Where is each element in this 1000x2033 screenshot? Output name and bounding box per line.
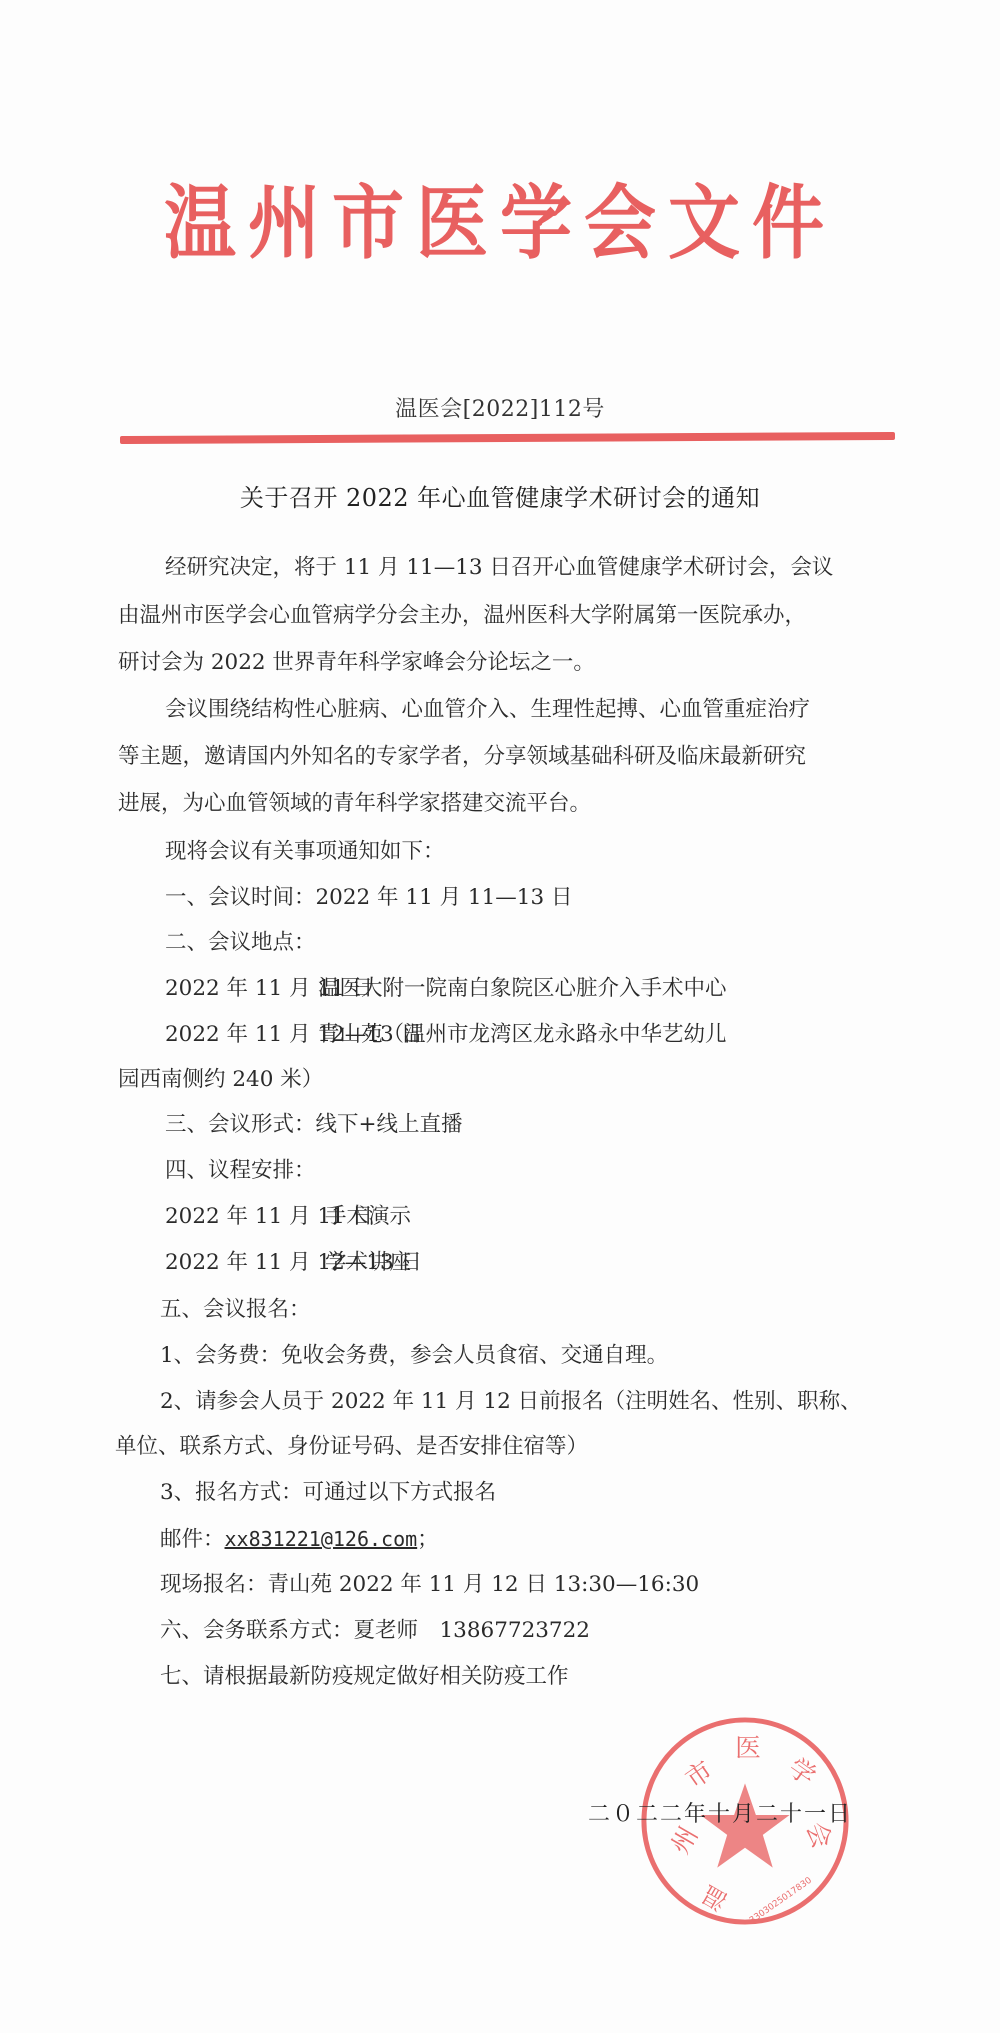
svg-text:学: 学: [783, 1753, 821, 1792]
email-suffix: ；: [417, 1527, 439, 1552]
section-epidemic: 七、请根据最新防疫规定做好相关防疫工作: [160, 1662, 569, 1692]
agenda-row-1-item: 手术演示: [325, 1202, 411, 1232]
registration-fee: 1、会务费：免收会务费，参会人员食宿、交通自理。: [160, 1341, 668, 1371]
document-page: 温州市医学会文件 温医会[2022]112号 关于召开 2022 年心血管健康学…: [0, 0, 1000, 2033]
location-row-1-place: 温医大附一院南白象院区心脏介入手术中心: [318, 974, 727, 1004]
registration-deadline-line1: 2、请参会人员于 2022 年 11 月 12 日前报名（注明姓名、性别、职称、: [160, 1387, 862, 1417]
intro-line: 现将会议有关事项通知如下：: [165, 837, 445, 867]
para2-line1: 会议围绕结构性心脏病、心血管介入、生理性起搏、心血管重症治疗: [165, 695, 810, 725]
registration-method: 3、报名方式：可通过以下方式报名: [160, 1478, 496, 1508]
location-row-2-place: 青山苑（温州市龙湾区龙永路永中华艺幼儿: [318, 1020, 727, 1050]
registration-deadline-line2: 单位、联系方式、身份证号码、是否安排住宿等）: [115, 1432, 588, 1462]
registration-email-line: 邮件：xx831221@126.com；: [160, 1524, 439, 1555]
section-format: 三、会议形式：线下+线上直播: [165, 1110, 463, 1140]
location-row-2-continuation: 园西南侧约 240 米）: [118, 1065, 323, 1095]
para1-line1: 经研究决定，将于 11 月 11—13 日召开心血管健康学术研讨会，会议: [165, 553, 833, 583]
document-number: 温医会[2022]112号: [0, 392, 1000, 423]
para2-line3: 进展，为心血管领域的青年科学家搭建交流平台。: [118, 789, 591, 819]
red-divider-rule: [120, 432, 895, 444]
section-time: 一、会议时间：2022 年 11 月 11—13 日: [165, 883, 572, 913]
svg-text:医: 医: [735, 1734, 761, 1764]
section-registration-heading: 五、会议报名：: [160, 1295, 311, 1325]
org-header-title: 温州市医学会文件: [0, 173, 1000, 274]
email-label: 邮件：: [160, 1527, 225, 1552]
para1-line2: 由温州市医学会心血管病学分会主办，温州医科大学附属第一医院承办，: [118, 601, 806, 631]
registration-onsite: 现场报名：青山苑 2022 年 11 月 12 日 13:30—16:30: [160, 1570, 699, 1600]
email-link[interactable]: xx831221@126.com: [225, 1527, 418, 1551]
para1-line3: 研讨会为 2022 世界青年科学家峰会分论坛之一。: [118, 648, 595, 678]
svg-text:市: 市: [680, 1756, 718, 1795]
section-location-heading: 二、会议地点：: [165, 928, 316, 958]
issue-date: 二０二二年十月二十一日: [588, 1797, 852, 1828]
notice-title: 关于召开 2022 年心血管健康学术研讨会的通知: [0, 478, 1000, 513]
section-contact: 六、会务联系方式：夏老师 13867723722: [160, 1616, 590, 1646]
para2-line2: 等主题，邀请国内外知名的专家学者，分享领域基础科研及临床最新研究: [118, 742, 806, 772]
agenda-row-2-item: 学术讲座: [325, 1248, 411, 1278]
section-agenda-heading: 四、议程安排：: [165, 1156, 316, 1186]
